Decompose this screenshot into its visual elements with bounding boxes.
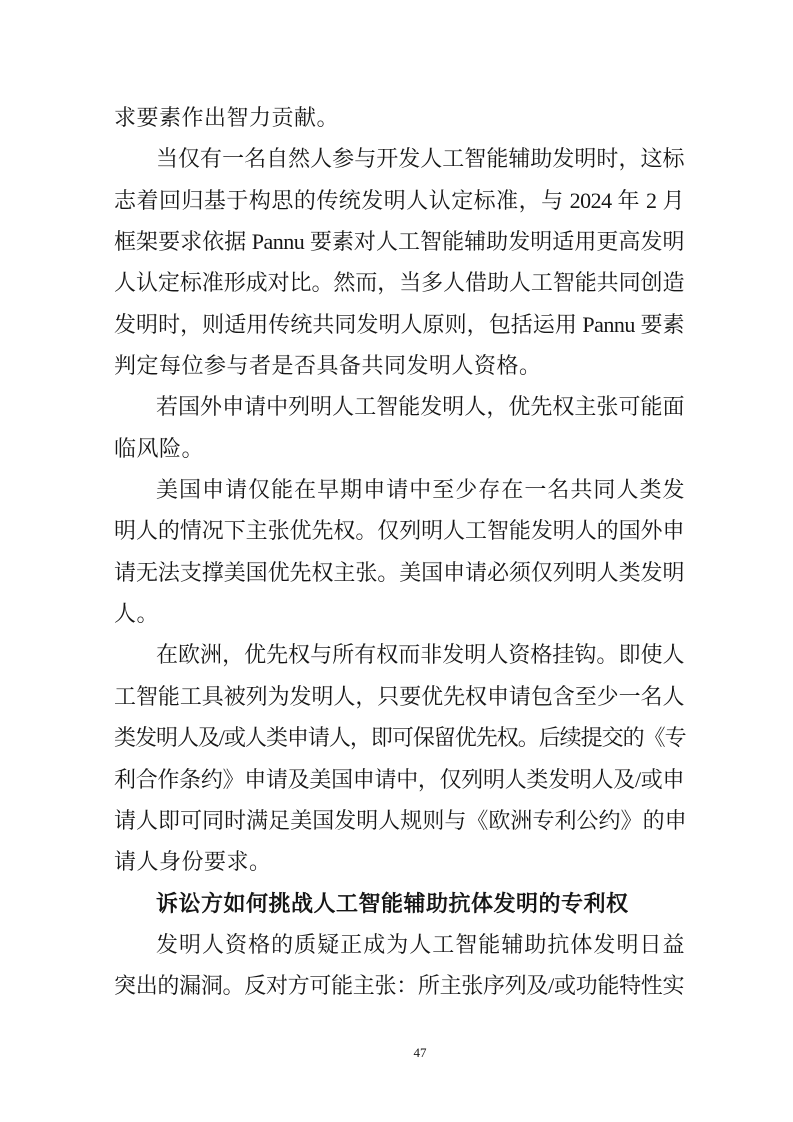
- text-line: 发明时，则适用传统共同发明人原则，包括运用 Pannu 要素: [114, 304, 684, 345]
- text-line: 请人身份要求。: [114, 841, 684, 882]
- text-line: 突出的漏洞。反对方可能主张：所主张序列及/或功能特性实: [114, 965, 684, 1006]
- text-line: 若国外申请中列明人工智能发明人，优先权主张可能面: [114, 386, 684, 427]
- text-line: 人。: [114, 593, 684, 634]
- text-line: 当仅有一名自然人参与开发人工智能辅助发明时，这标: [114, 138, 684, 179]
- text-line: 发明人资格的质疑正成为人工智能辅助抗体发明日益: [114, 924, 684, 965]
- text-line: 求要素作出智力贡献。: [114, 97, 684, 138]
- page-number: 47: [114, 1045, 726, 1061]
- text-line: 请人即可同时满足美国发明人规则与《欧洲专利公约》的申: [114, 800, 684, 841]
- text-line: 人认定标准形成对比。然而，当多人借助人工智能共同创造: [114, 262, 684, 303]
- text-line: 框架要求依据 Pannu 要素对人工智能辅助发明适用更高发明: [114, 221, 684, 262]
- text-line: 志着回归基于构思的传统发明人认定标准，与 2024 年 2 月: [114, 180, 684, 221]
- text-line: 利合作条约》申请及美国申请中，仅列明人类发明人及/或申: [114, 759, 684, 800]
- document-page: 求要素作出智力贡献。当仅有一名自然人参与开发人工智能辅助发明时，这标志着回归基于…: [0, 0, 793, 1122]
- text-line: 在欧洲，优先权与所有权而非发明人资格挂钩。即使人: [114, 634, 684, 675]
- section-heading: 诉讼方如何挑战人工智能辅助抗体发明的专利权: [114, 883, 684, 924]
- text-line: 明人的情况下主张优先权。仅列明人工智能发明人的国外申: [114, 510, 684, 551]
- text-line: 判定每位参与者是否具备共同发明人资格。: [114, 345, 684, 386]
- text-line: 临风险。: [114, 428, 684, 469]
- text-line: 美国申请仅能在早期申请中至少存在一名共同人类发: [114, 469, 684, 510]
- document-body: 求要素作出智力贡献。当仅有一名自然人参与开发人工智能辅助发明时，这标志着回归基于…: [114, 97, 684, 1007]
- text-line: 工智能工具被列为发明人，只要优先权申请包含至少一名人: [114, 676, 684, 717]
- text-line: 请无法支撑美国优先权主张。美国申请必须仅列明人类发明: [114, 552, 684, 593]
- text-line: 类发明人及/或人类申请人，即可保留优先权。后续提交的《专: [114, 717, 684, 758]
